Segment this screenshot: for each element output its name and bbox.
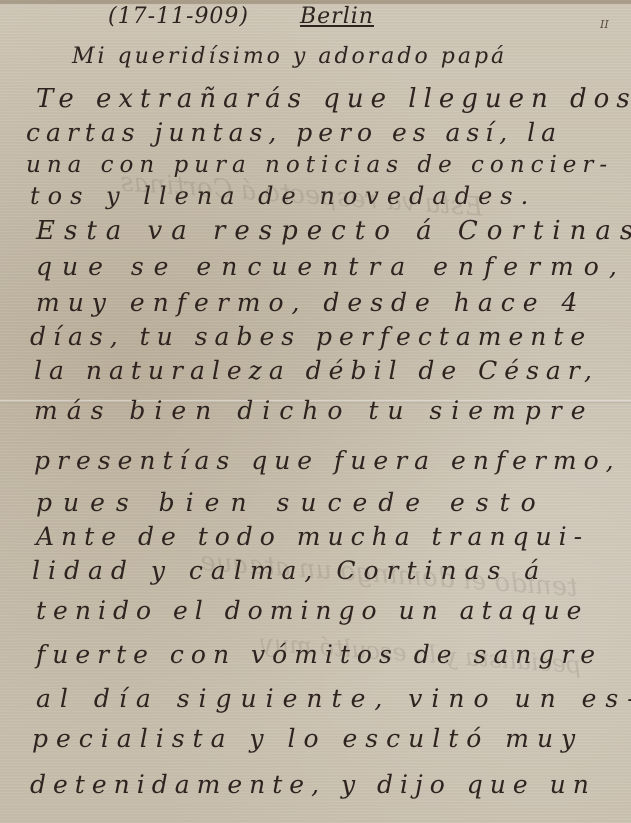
letter-line: Esta va respecto á Cortinas — [36, 216, 631, 246]
letter-line: cartas juntas, pero es así, la — [26, 118, 562, 147]
letter-line: detenidamente, y dijo que un — [30, 770, 596, 799]
letter-salutation: Mi queridísimo y adorado papá — [72, 44, 507, 69]
letter-line: tos y llena de novedades. — [30, 182, 536, 210]
letter-line: lidad y calma, Cortinas á — [32, 556, 547, 585]
letter-line: pecialista y lo escultó muy — [32, 724, 583, 753]
letter-line: días, tu sabes perfectamente — [30, 322, 592, 351]
letter-line: la naturaleza débil de César, — [34, 356, 599, 385]
letter-line: al día siguiente, vino un es- — [36, 684, 631, 713]
letter-line: pues bien sucede esto — [36, 488, 547, 517]
letter-line: que se encuentra enfermo, — [36, 252, 627, 281]
letter-line: fuerte con vómitos de sangre — [36, 640, 602, 669]
letter-line: más bien dicho tu siempre — [34, 396, 595, 425]
letter-line: Ante de todo mucha tranqui- — [36, 522, 589, 551]
letter-line: una con pura noticias de concier- — [26, 152, 613, 178]
letter-line: Te extrañarás que lleguen dos — [36, 84, 631, 114]
letter-place: Berlin — [300, 4, 374, 29]
letter-date: (17-11-909) — [108, 4, 249, 29]
letter-line: muy enfermo, desde hace 4 — [36, 288, 585, 317]
page-number-mark: II — [600, 18, 609, 31]
letter-line: tenido el domingo un ataque — [36, 596, 588, 625]
letter-page: Esta va respecto á Cortinas tenido el do… — [0, 0, 631, 823]
letter-line: presentías que fuera enfermo, — [34, 446, 621, 475]
